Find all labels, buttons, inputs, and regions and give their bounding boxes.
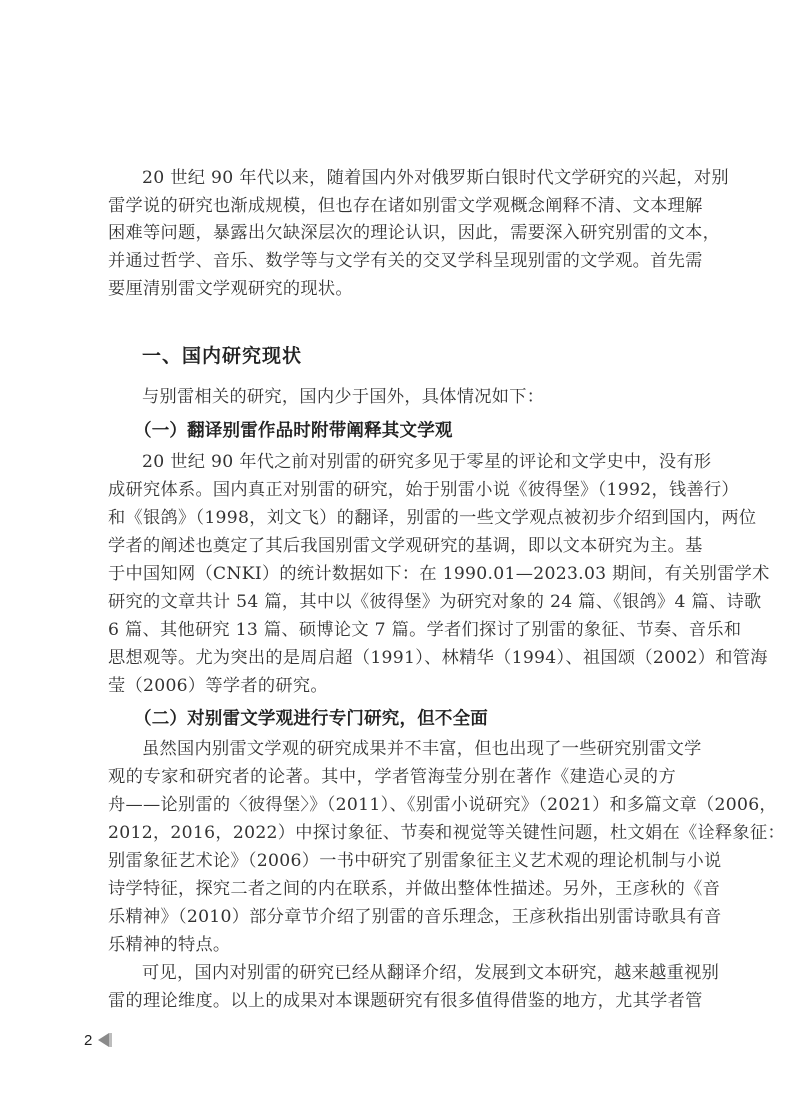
text-line: 和《银鸽》（1998，刘文飞）的翻译，别雷的一些文学观点被初步介绍到国内，两位 bbox=[108, 504, 676, 532]
page-footer: 2 bbox=[84, 1028, 109, 1052]
text-line: 可见，国内对别雷的研究已经从翻译介绍，发展到文本研究，越来越重视别 bbox=[142, 959, 676, 987]
text-line: 莹（2006）等学者的研究。 bbox=[108, 672, 676, 700]
text-line: 要厘清别雷文学观研究的现状。 bbox=[108, 275, 676, 303]
text-line: 6 篇、其他研究 13 篇、硕博论文 7 篇。学者们探讨了别雷的象征、节奏、音乐… bbox=[108, 616, 676, 644]
text-line: 20 世纪 90 年代之前对别雷的研究多见于零星的评论和文学史中，没有形 bbox=[142, 448, 676, 476]
text-line: 研究的文章共计 54 篇，其中以《彼得堡》为研究对象的 24 篇、《银鸽》4 篇… bbox=[108, 588, 676, 616]
text-line: 观的专家和研究者的论著。其中，学者管海莹分别在著作《建造心灵的方 bbox=[108, 763, 676, 791]
text-line: 诗学特征，探究二者之间的内在联系，并做出整体性描述。另外，王彦秋的《音 bbox=[108, 875, 676, 903]
text-line: 并通过哲学、音乐、数学等与文学有关的交叉学科呈现别雷的文学观。首先需 bbox=[108, 247, 676, 275]
text-line: 乐精神的特点。 bbox=[108, 931, 676, 959]
left-triangle-icon bbox=[98, 1033, 109, 1047]
text-line: 学者的阐述也奠定了其后我国别雷文学观研究的基调，即以文本研究为主。基 bbox=[108, 532, 676, 560]
section-heading: 一、国内研究现状 bbox=[142, 342, 302, 370]
subsection-heading-2: （二）对别雷文学观进行专门研究，但不全面 bbox=[134, 705, 488, 733]
text-line: 别雷象征艺术论》（2006）一书中研究了别雷象征主义艺术观的理论机制与小说 bbox=[108, 847, 676, 875]
page-number: 2 bbox=[84, 1032, 92, 1049]
text-line: 于中国知网（CNKI）的统计数据如下：在 1990.01—2023.03 期间，… bbox=[108, 560, 676, 588]
subsection-heading-1: （一）翻译别雷作品时附带阐释其文学观 bbox=[134, 417, 453, 445]
text-line: 舟——论别雷的〈彼得堡〉》（2011）、《别雷小说研究》（2021）和多篇文章（… bbox=[108, 791, 676, 819]
text-line: 雷学说的研究也渐成规模，但也存在诸如别雷文学观概念阐释不清、文本理解 bbox=[108, 192, 676, 220]
text-line: 虽然国内别雷文学观的研究成果并不丰富，但也出现了一些研究别雷文学 bbox=[142, 735, 676, 763]
text-line: 困难等问题，暴露出欠缺深层次的理论认识，因此，需要深入研究别雷的文本， bbox=[108, 219, 676, 247]
text-line: 思想观等。尤为突出的是周启超（1991）、林精华（1994）、祖国颂（2002）… bbox=[108, 644, 676, 672]
text-line: 乐精神》（2010）部分章节介绍了别雷的音乐理念，王彦秋指出别雷诗歌具有音 bbox=[108, 903, 676, 931]
section-lead: 与别雷相关的研究，国内少于国外，具体情况如下： bbox=[142, 383, 676, 411]
text-line: 雷的理论维度。以上的成果对本课题研究有很多值得借鉴的地方，尤其学者管 bbox=[108, 987, 676, 1015]
text-line: 2012，2016，2022）中探讨象征、节奏和视觉等关键性问题，杜文娟在《诠释… bbox=[108, 819, 676, 847]
text-line: 20 世纪 90 年代以来，随着国内外对俄罗斯白银时代文学研究的兴起，对别 bbox=[142, 164, 676, 192]
document-page: 20 世纪 90 年代以来，随着国内外对俄罗斯白银时代文学研究的兴起，对别 雷学… bbox=[0, 0, 799, 1118]
text-line: 成研究体系。国内真正对别雷的研究，始于别雷小说《彼得堡》（1992，钱善行） bbox=[108, 476, 676, 504]
